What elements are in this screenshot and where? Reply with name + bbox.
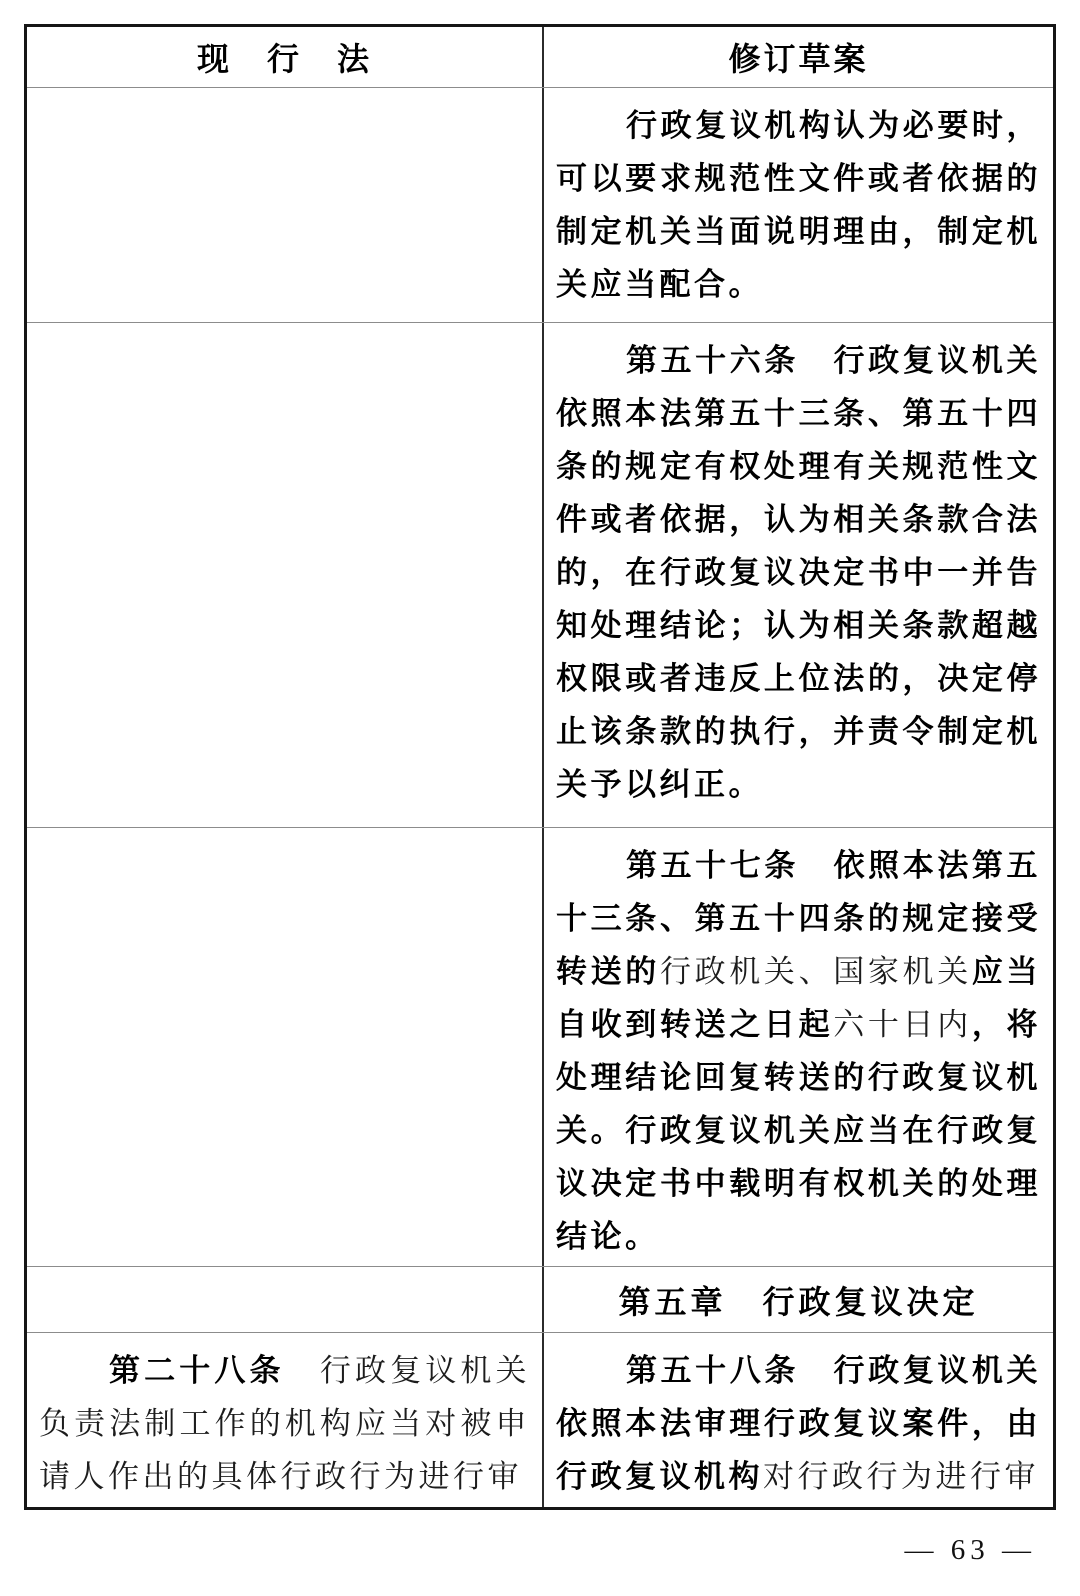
text-segment: 行政机关、国家机关 [660, 954, 972, 989]
cell-revised-draft: 第五章 行政复议决定 [544, 1267, 1053, 1332]
cell-revised-draft: 行政复议机构认为必要时，可以要求规范性文件或者依据的制定机关当面说明理由，制定机… [544, 88, 1053, 322]
table-row-chapter: 第五章 行政复议决定 [27, 1267, 1053, 1333]
text-segment: 对行政行为进行审 [763, 1459, 1039, 1494]
page-number: — 63 — [905, 1534, 1037, 1567]
cell-current-law-empty [27, 828, 544, 1266]
comparison-table: 现 行 法 修订草案 行政复议机构认为必要时，可以要求规范性文件或者依据的制定机… [24, 24, 1056, 1510]
law-paragraph: 第五十七条 依照本法第五十三条、第五十四条的规定接受转送的行政机关、国家机关应当… [544, 828, 1053, 1263]
table-header-row: 现 行 法 修订草案 [27, 27, 1053, 88]
table-row: 第二十八条 行政复议机关负责法制工作的机构应当对被申请人作出的具体行政行为进行审… [27, 1333, 1053, 1507]
cell-current-law-empty [27, 1267, 544, 1332]
law-paragraph: 行政复议机构认为必要时，可以要求规范性文件或者依据的制定机关当面说明理由，制定机… [544, 88, 1053, 311]
cell-current-law-empty [27, 88, 544, 322]
table-row: 行政复议机构认为必要时，可以要求规范性文件或者依据的制定机关当面说明理由，制定机… [27, 88, 1053, 323]
law-paragraph: 第五十八条 行政复议机关依照本法审理行政复议案件，由行政复议机构对行政行为进行审 [544, 1333, 1053, 1503]
header-revised-draft: 修订草案 [544, 27, 1053, 87]
cell-revised-draft: 第五十七条 依照本法第五十三条、第五十四条的规定接受转送的行政机关、国家机关应当… [544, 828, 1053, 1266]
header-current-law: 现 行 法 [27, 27, 544, 87]
document-page: { "table": { "header": { "current_law": … [0, 0, 1080, 1596]
cell-revised-draft: 第五十八条 行政复议机关依照本法审理行政复议案件，由行政复议机构对行政行为进行审 [544, 1333, 1053, 1507]
chapter-heading: 第五章 行政复议决定 [544, 1267, 1053, 1332]
law-paragraph: 第二十八条 行政复议机关负责法制工作的机构应当对被申请人作出的具体行政行为进行审 [27, 1333, 542, 1503]
cell-current-law-empty [27, 323, 544, 827]
cell-current-law: 第二十八条 行政复议机关负责法制工作的机构应当对被申请人作出的具体行政行为进行审 [27, 1333, 544, 1507]
text-segment: 第二十八条 [109, 1353, 285, 1388]
table-row: 第五十六条 行政复议机关依照本法第五十三条、第五十四条的规定有权处理有关规范性文… [27, 323, 1053, 828]
text-segment: 六十日内 [833, 1007, 972, 1042]
cell-revised-draft: 第五十六条 行政复议机关依照本法第五十三条、第五十四条的规定有权处理有关规范性文… [544, 323, 1053, 827]
text-segment: 行政复议机构认为必要时，可以要求规范性文件或者依据的制定机关当面说明理由，制定机… [556, 108, 1041, 302]
text-segment: 第五十六条 行政复议机关依照本法第五十三条、第五十四条的规定有权处理有关规范性文… [556, 343, 1041, 802]
text-segment: ，将处理结论回复转送的行政复议机关。行政复议机关应当在行政复议决定书中载明有权机… [556, 1007, 1041, 1254]
table-row: 第五十七条 依照本法第五十三条、第五十四条的规定接受转送的行政机关、国家机关应当… [27, 828, 1053, 1267]
law-paragraph: 第五十六条 行政复议机关依照本法第五十三条、第五十四条的规定有权处理有关规范性文… [544, 323, 1053, 811]
